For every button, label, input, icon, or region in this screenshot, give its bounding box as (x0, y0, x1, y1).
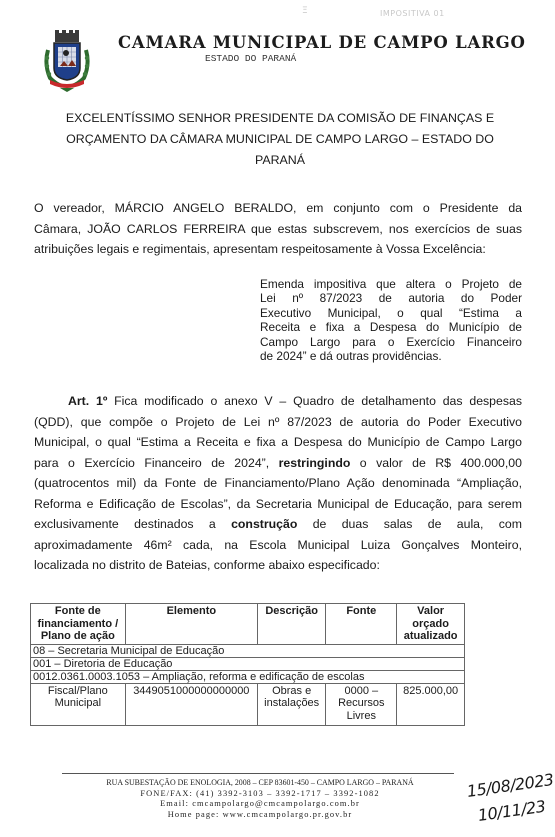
addressee-heading: EXCELENTÍSSIMO SENHOR PRESIDENTE DA COMI… (40, 108, 520, 171)
table-group-row: 0012.0361.0003.1053 – Ampliação, reforma… (31, 670, 465, 683)
article-line: Reforma e Edificação de Escolas”, da Sec… (34, 494, 522, 515)
group-label: 001 – Diretoria de Educação (31, 657, 465, 670)
article-line: exclusivamente destinados a construção d… (34, 514, 522, 535)
handwritten-annotation: IMPOSITIVA 01 (380, 9, 445, 18)
ementa-summary: Emenda impositiva que altera o Projeto d… (260, 277, 522, 363)
ementa-line: Receita e fixa a Despesa do Município de (260, 320, 522, 334)
footer-contact: RUA SUBESTAÇÃO DE ENOLOGIA, 2008 – CEP 8… (60, 778, 460, 820)
article-emphasis: construção (231, 517, 297, 531)
article-text: para o Exercício Financeiro de 2024”, (34, 456, 279, 470)
footer-address: RUA SUBESTAÇÃO DE ENOLOGIA, 2008 – CEP 8… (60, 778, 460, 789)
footer-divider (62, 773, 454, 774)
cell-elemento: 3449051000000000000 (125, 683, 257, 725)
article-emphasis: restringindo (279, 456, 351, 470)
addressee-line: EXCELENTÍSSIMO SENHOR PRESIDENTE DA COMI… (40, 108, 520, 129)
footer-phone: FONE/FAX: (41) 3392-3103 – 3392-1717 – 3… (60, 789, 460, 800)
article-1-paragraph: Art. 1º Fica modificado o anexo V – Quad… (34, 391, 522, 576)
footer-homepage: Home page: www.cmcampolargo.pr.gov.br (60, 810, 460, 821)
article-line: localizada no distrito de Bateias, confo… (34, 555, 522, 576)
article-line: (quatrocentos mil) da Fonte de Financiam… (34, 473, 522, 494)
article-line: (QDD), que compõe o Projeto de Lei nº 87… (34, 412, 522, 433)
column-header: Descrição (257, 604, 325, 645)
intro-line: atribuições legais e regimentais, aprese… (34, 239, 522, 260)
ementa-line: Executivo Municipal, o qual “Estima a (260, 306, 522, 320)
group-label: 08 – Secretaria Municipal de Educação (31, 644, 465, 657)
organization-subtitle: ESTADO DO PARANÁ (205, 53, 296, 64)
intro-line: O vereador, MÁRCIO ANGELO BERALDO, em co… (34, 198, 522, 219)
table-group-row: 08 – Secretaria Municipal de Educação (31, 644, 465, 657)
cell-fonte: 0000 – Recursos Livres (326, 683, 397, 725)
column-header: Elemento (125, 604, 257, 645)
article-line: para o Exercício Financeiro de 2024”, re… (34, 453, 522, 474)
table-row: Fiscal/Plano Municipal 34490510000000000… (31, 683, 465, 725)
column-header: Valor orçado atualizado (397, 604, 465, 645)
coat-of-arms-icon (42, 30, 92, 92)
table-header-row: Fonte de financiamento / Plano de ação E… (31, 604, 465, 645)
budget-detail-table: Fonte de financiamento / Plano de ação E… (30, 603, 465, 726)
ementa-line: Emenda impositiva que altera o Projeto d… (260, 277, 522, 291)
article-label: Art. 1º (68, 394, 107, 408)
cell-valor: 825.000,00 (397, 683, 465, 725)
addressee-line: PARANÁ (40, 150, 520, 171)
cell-fonte-plano: Fiscal/Plano Municipal (31, 683, 126, 725)
article-line: aproximadamente 46m² cada, na Escola Mun… (34, 535, 522, 556)
faint-mark: Ξ (302, 6, 308, 16)
table-group-row: 001 – Diretoria de Educação (31, 657, 465, 670)
article-line: Art. 1º Fica modificado o anexo V – Quad… (34, 391, 522, 412)
footer-email: Email: cmcampolargo@cmcampolargo.com.br (60, 799, 460, 810)
article-text: Fica modificado o anexo V – Quadro de de… (107, 394, 522, 408)
addressee-line: ORÇAMENTO DA CÂMARA MUNICIPAL DE CAMPO L… (40, 129, 520, 150)
organization-title: CAMARA MUNICIPAL DE CAMPO LARGO (118, 33, 526, 52)
group-label: 0012.0361.0003.1053 – Ampliação, reforma… (31, 670, 465, 683)
ementa-line: Lei nº 87/2023 de autoria do Poder (260, 291, 522, 305)
ementa-line: Campo Largo para o Exercício Financeiro (260, 335, 522, 349)
intro-paragraph: O vereador, MÁRCIO ANGELO BERALDO, em co… (34, 198, 522, 260)
column-header: Fonte (326, 604, 397, 645)
handwritten-date: 10/11/23 (477, 797, 547, 825)
intro-line: Câmara, JOÃO CARLOS FERREIRA que estas s… (34, 219, 522, 240)
article-line: Municipal, o qual “Estima a Receita e fi… (34, 432, 522, 453)
article-text: o valor de R$ 400.000,00 (350, 456, 522, 470)
article-text: de duas salas de aula, com (297, 517, 522, 531)
cell-descricao: Obras e instalações (257, 683, 325, 725)
column-header: Fonte de financiamento / Plano de ação (31, 604, 126, 645)
ementa-line: de 2024” e dá outras providências. (260, 349, 522, 363)
article-text: exclusivamente destinados a (34, 517, 231, 531)
